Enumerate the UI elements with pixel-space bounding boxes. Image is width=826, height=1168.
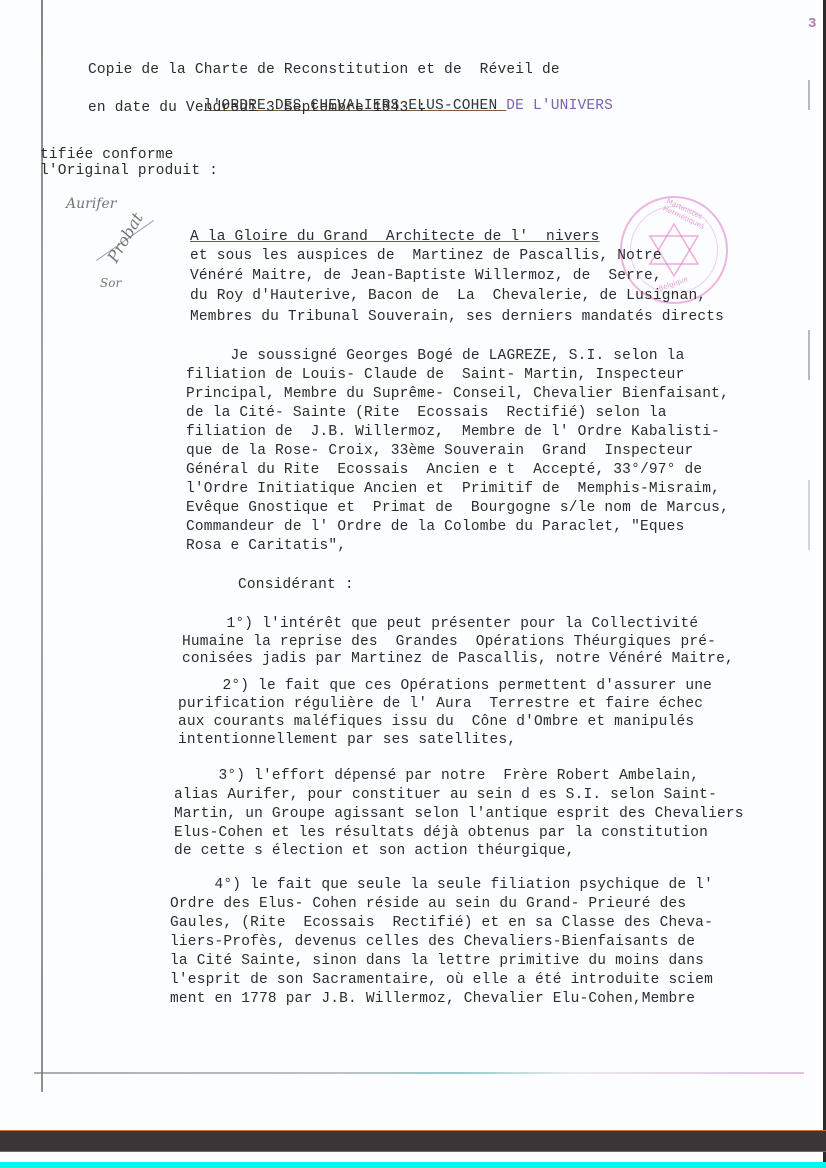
- page-number: 3: [808, 16, 816, 32]
- consideration-line: 4°) le fait que seule la seule filiation…: [170, 877, 713, 893]
- declaration-line: filiation de Louis- Claude de Saint- Mar…: [186, 367, 684, 383]
- document-page: 3 Copie de la Charte de Reconstitution e…: [0, 0, 826, 1168]
- consideration-line: de cette s élection et son action théurg…: [174, 843, 575, 859]
- margin-mark: [808, 330, 810, 380]
- consideration-line: liers-Profès, devenus celles des Chevali…: [170, 934, 695, 950]
- scan-color-strip: [0, 1162, 826, 1168]
- declaration-line: filiation de J.B. Willermoz, Membre de l…: [186, 424, 720, 440]
- consideration-line: 3°) l'effort dépensé par notre Frère Rob…: [174, 768, 699, 784]
- heading-date: en date du Vendredi 3 Septembre 1943 :: [88, 100, 426, 116]
- declaration-line: Je soussigné Georges Bogé de LAGREZE, S.…: [186, 348, 684, 364]
- declaration-line: l'Ordre Initiatique Ancien et Primitif d…: [186, 481, 720, 497]
- page-fold-line: [34, 1072, 804, 1074]
- stamp-top-text: Martinistes Hermétiques: [662, 197, 727, 239]
- consideration-line: Ordre des Elus- Cohen réside au sein du …: [170, 896, 686, 912]
- signature-1: Aurifer: [66, 196, 116, 212]
- consideration-line: l'esprit de son Sacramentaire, où elle a…: [170, 972, 713, 988]
- invocation-line: A la Gloire du Grand Architecte de l' ni…: [190, 229, 599, 245]
- invocation-line: Membres du Tribunal Souverain, ses derni…: [190, 309, 724, 325]
- heading-line-1: Copie de la Charte de Reconstitution et …: [88, 62, 560, 78]
- consideration-line: Elus-Cohen et les résultats déjà obtenus…: [174, 825, 708, 841]
- margin-mark: [808, 480, 810, 550]
- declaration-line: Rosa e Caritatis",: [186, 538, 346, 554]
- declaration-line: Général du Rite Ecossais Ancien e t Acce…: [186, 462, 702, 478]
- consideration-line: Martin, un Groupe agissant selon l'antiq…: [174, 806, 744, 822]
- consideration-line: aux courants maléfiques issu du Cône d'O…: [178, 714, 694, 730]
- declaration-line: Principal, Membre du Suprême- Conseil, C…: [186, 386, 729, 402]
- declaration-line: que de la Rose- Croix, 33ème Souverain G…: [186, 443, 693, 459]
- consideration-line: conisées jadis par Martinez de Pascallis…: [182, 651, 734, 667]
- signature-2: Probat: [103, 209, 147, 265]
- invocation-line: Vénéré Maitre, de Jean-Baptiste Willermo…: [190, 268, 662, 284]
- consideration-line: 2°) le fait que ces Opérations permetten…: [178, 678, 712, 694]
- invocation-line: et sous les auspices de Martinez de Pasc…: [190, 248, 662, 264]
- signature-3: Sor: [100, 276, 121, 290]
- consideration-line: Humaine la reprise des Grandes Opération…: [182, 634, 716, 650]
- margin-mark: [808, 80, 810, 110]
- consideration-line: Gaules, (Rite Ecossais Rectifié) et en s…: [170, 915, 713, 931]
- invocation-line: du Roy d'Hauterive, Bacon de La Chevaler…: [190, 288, 706, 304]
- heading-order-suffix: DE L'UNIVERS: [506, 98, 613, 114]
- certification-line-2: l'Original produit :: [40, 163, 218, 179]
- consideration-line: alias Aurifer, pour constituer au sein d…: [174, 787, 717, 803]
- declaration-line: Commandeur de l' Ordre de la Colombe du …: [186, 519, 684, 535]
- declaration-line: de la Cité- Sainte (Rite Ecossais Rectif…: [186, 405, 667, 421]
- declaration-line: Evêque Gnostique et Primat de Bourgogne …: [186, 500, 729, 516]
- consideration-line: la Cité Sainte, sinon dans la lettre pri…: [170, 953, 704, 969]
- consideration-line: intentionnellement par ses satellites,: [178, 732, 516, 748]
- scan-edge-band: [0, 1130, 826, 1152]
- certification-line-1: tifiée conforme: [40, 147, 174, 163]
- consideration-line: purification régulière de l' Aura Terres…: [178, 696, 703, 712]
- consideration-line: ment en 1778 par J.B. Willermoz, Chevali…: [170, 991, 695, 1007]
- consideration-line: 1°) l'intérêt que peut présenter pour la…: [182, 616, 698, 632]
- considerant-label: Considérant :: [238, 577, 354, 593]
